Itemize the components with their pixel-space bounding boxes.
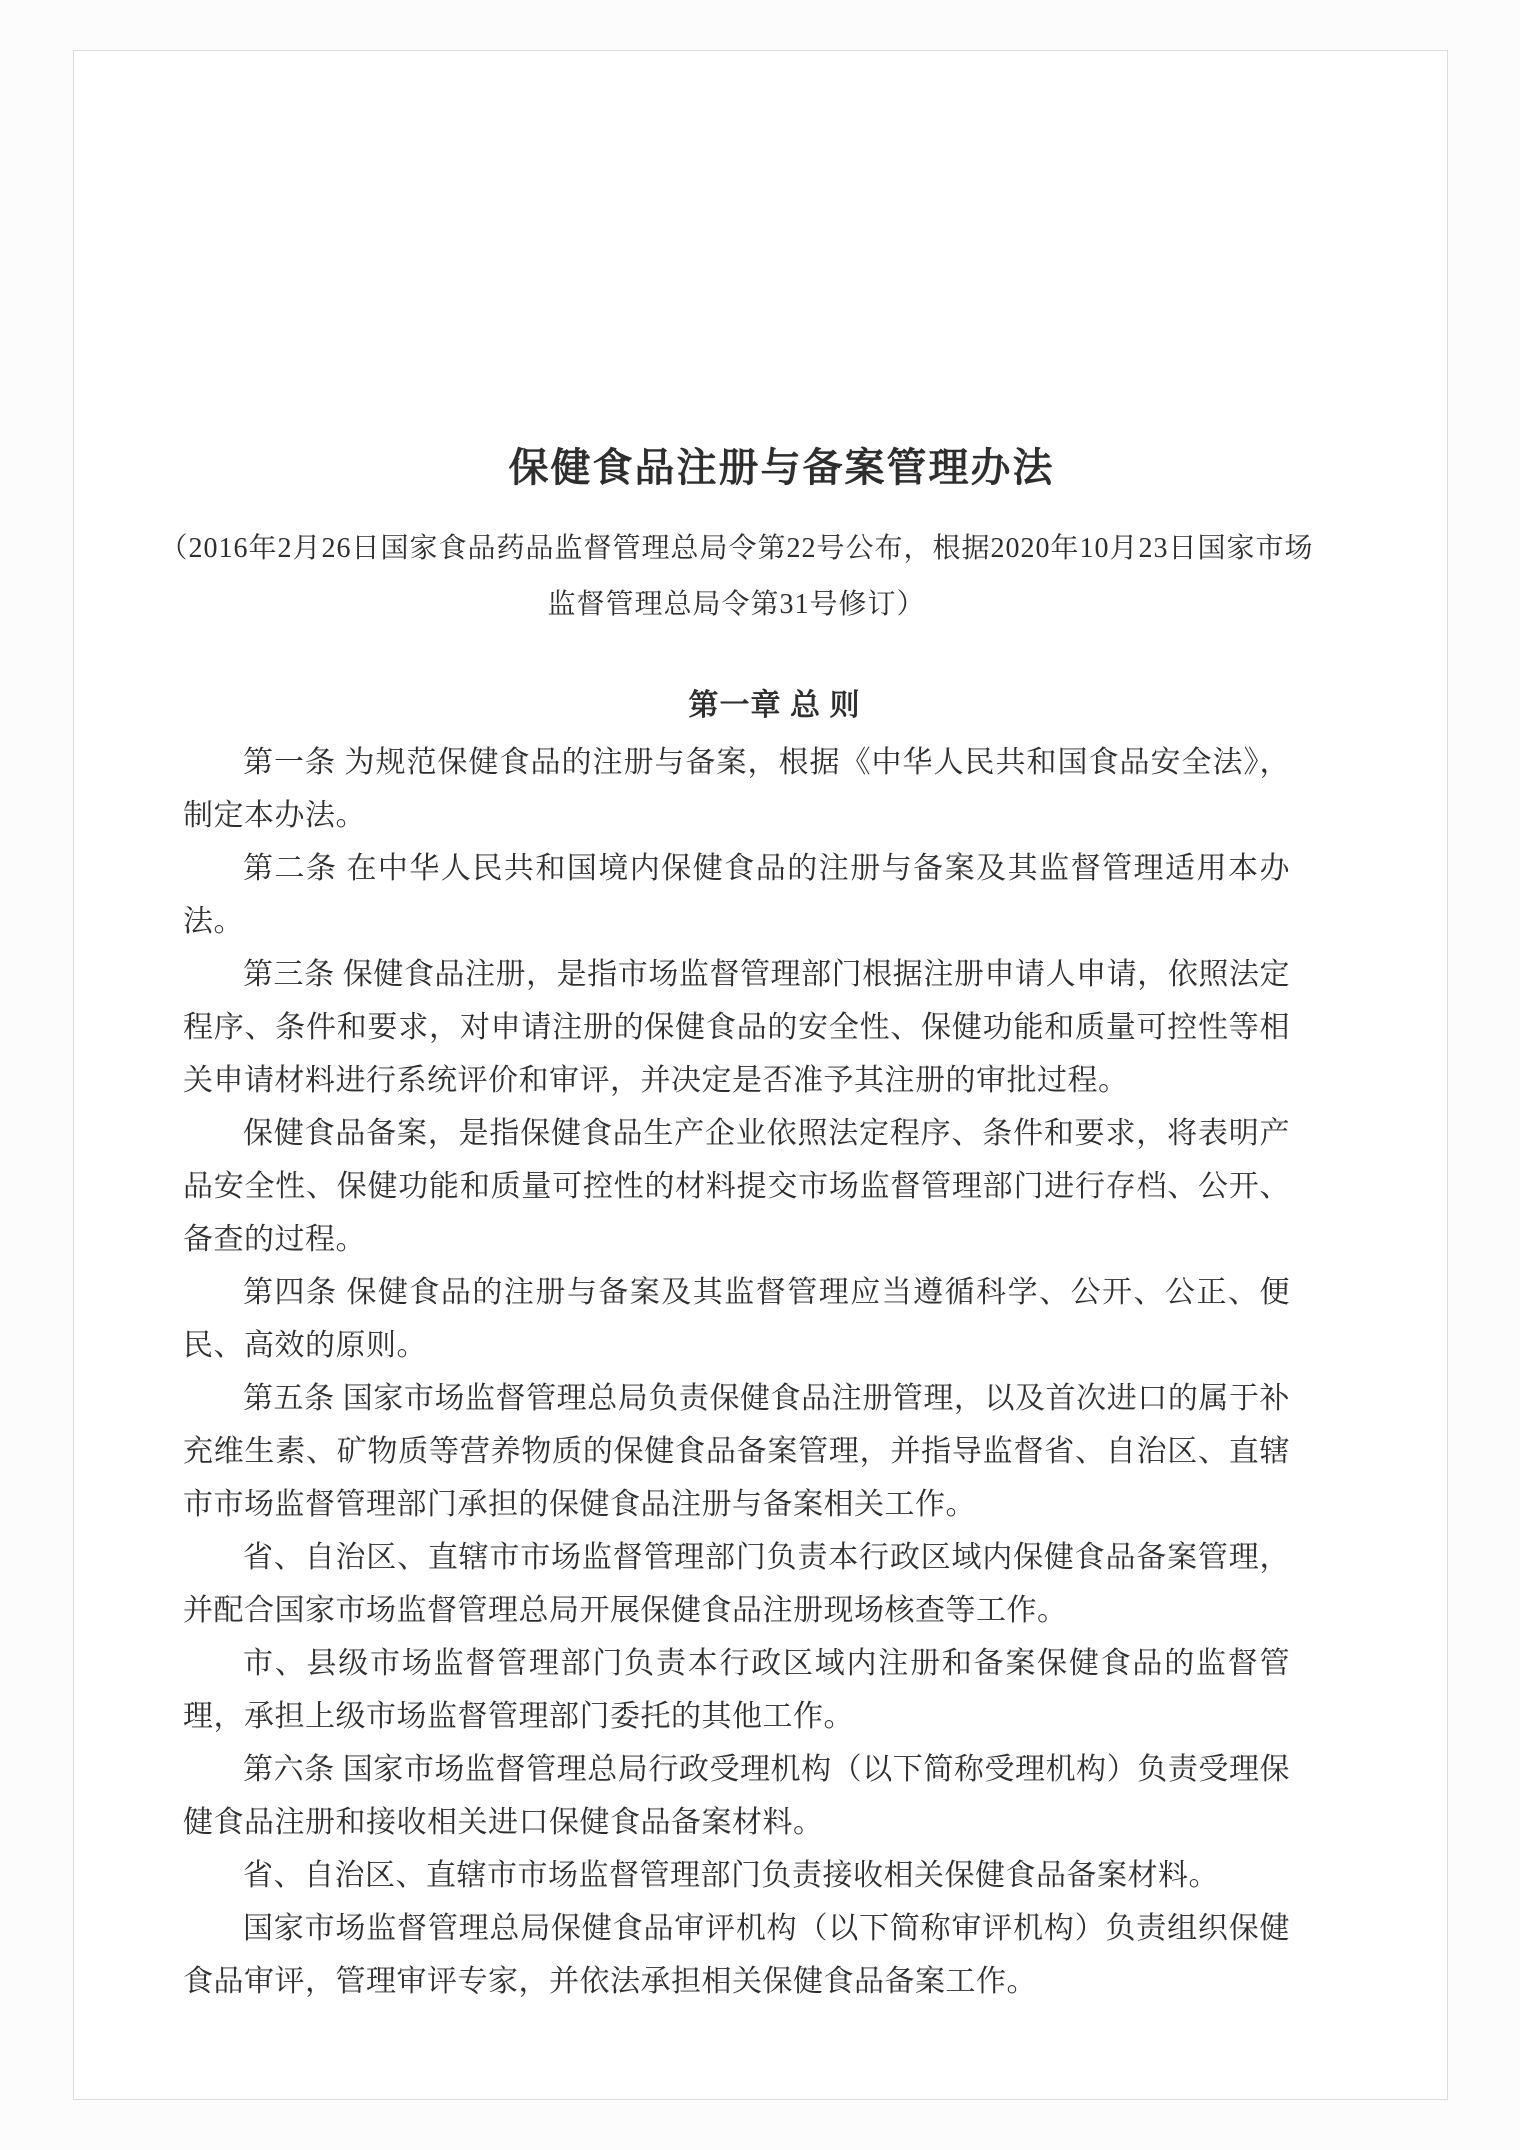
body-paragraph: 第二条 在中华人民共和国境内保健食品的注册与备案及其监督管理适用本办法。 [183,842,1290,948]
promulgation-note: （2016年2月26日国家食品药品监督管理总局令第22号公布，根据2020年10… [153,521,1320,633]
body-paragraph: 省、自治区、直辖市市场监督管理部门负责接收相关保健食品备案材料。 [183,1849,1290,1902]
chapter-body: 第一条 为规范保健食品的注册与备案，根据《中华人民共和国食品安全法》，制定本办法… [183,736,1290,2008]
body-paragraph: 省、自治区、直辖市市场监督管理部门负责本行政区域内保健食品备案管理，并配合国家市… [183,1531,1290,1637]
body-paragraph: 国家市场监督管理总局保健食品审评机构（以下简称审评机构）负责组织保健食品审评，管… [183,1902,1290,2008]
body-paragraph: 第四条 保健食品的注册与备案及其监督管理应当遵循科学、公开、公正、便民、高效的原… [183,1266,1290,1372]
document-page: 保健食品注册与备案管理办法 （2016年2月26日国家食品药品监督管理总局令第2… [73,50,1448,2100]
document-title: 保健食品注册与备案管理办法 [183,440,1290,496]
document-content: 保健食品注册与备案管理办法 （2016年2月26日国家食品药品监督管理总局令第2… [74,440,1447,2008]
body-paragraph: 第六条 国家市场监督管理总局行政受理机构（以下简称受理机构）负责受理保健食品注册… [183,1743,1290,1849]
body-paragraph: 第三条 保健食品注册，是指市场监督管理部门根据注册申请人申请，依照法定程序、条件… [183,948,1290,1107]
body-paragraph: 第一条 为规范保健食品的注册与备案，根据《中华人民共和国食品安全法》，制定本办法… [183,736,1290,842]
chapter-heading: 第一章 总 则 [183,679,1290,732]
body-paragraph: 第五条 国家市场监督管理总局负责保健食品注册管理，以及首次进口的属于补充维生素、… [183,1372,1290,1531]
body-paragraph: 市、县级市场监督管理部门负责本行政区域内注册和备案保健食品的监督管理，承担上级市… [183,1637,1290,1743]
chapter-section: 第一章 总 则 第一条 为规范保健食品的注册与备案，根据《中华人民共和国食品安全… [183,679,1290,2008]
body-paragraph: 保健食品备案，是指保健食品生产企业依照法定程序、条件和要求，将表明产品安全性、保… [183,1107,1290,1266]
